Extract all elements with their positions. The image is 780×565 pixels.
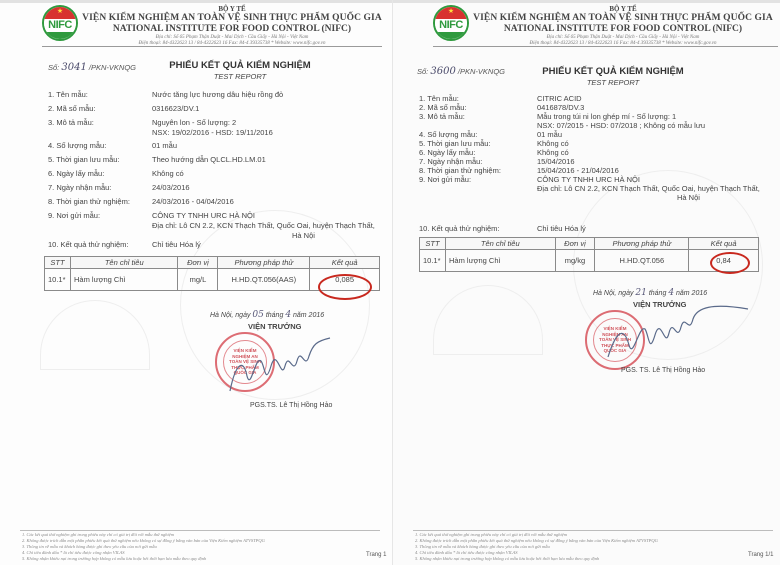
signature-date: Hà Nội, ngày 05 tháng 4 năm 2016 — [210, 310, 324, 320]
field-value: Không có — [152, 169, 184, 178]
field-value: NSX: 07/2015 - HSD: 07/2018 ; Không có m… — [537, 121, 705, 130]
field-label: 5. Thời gian lưu mẫu: — [48, 155, 120, 164]
field-label: 8. Thời gian thử nghiệm: — [48, 197, 130, 206]
field-value: Hà Nội — [677, 193, 700, 202]
field-label: 7. Ngày nhận mẫu: — [48, 183, 111, 192]
ministry-name: BỘ Y TẾ — [473, 5, 773, 13]
document-number: Số: 3041 /PKN-VKNQG — [48, 62, 136, 73]
handwritten-signature — [225, 336, 335, 396]
field-value: Địa chỉ: Lô CN 2.2, KCN Thạch Thất, Quốc… — [152, 221, 375, 230]
field-value: Nguyên lon - Số lượng: 2 — [152, 118, 236, 127]
institute-name-vn: VIỆN KIỂM NGHIỆM AN TOÀN VỆ SINH THỰC PH… — [473, 13, 773, 24]
field-label: 4. Số lượng mẫu: — [419, 130, 477, 139]
field-label: 3. Mô tả mẫu: — [48, 118, 94, 127]
field-value: Hà Nội — [292, 231, 315, 240]
report-subtitle: TEST REPORT — [150, 72, 330, 81]
field-label: 6. Ngày lấy mẫu: — [48, 169, 104, 178]
field-value: 24/03/2016 - 04/04/2016 — [152, 197, 234, 206]
watermark-arc — [40, 300, 150, 370]
field-value: CÔNG TY TNHH URC HÀ NỘI — [152, 211, 255, 220]
field-value: 01 mẫu — [152, 141, 177, 150]
header-divider — [433, 46, 778, 47]
watermark-arc — [433, 285, 543, 355]
report-title: PHIẾU KẾT QUẢ KIỂM NGHIỆM — [150, 60, 330, 71]
handwritten-number: 3600 — [430, 66, 455, 77]
field-label: 9. Nơi gửi mẫu: — [48, 211, 100, 220]
signature-date: Hà Nội, ngày 21 tháng 4 năm 2016 — [593, 288, 707, 298]
field-label: 2. Mã số mẫu: — [48, 104, 96, 113]
signer-name: PGS. TS. Lê Thị Hồng Hảo — [621, 367, 705, 374]
field-value: Chỉ tiêu Hóa lý — [152, 240, 201, 249]
signer-role: VIỆN TRƯỞNG — [248, 322, 301, 331]
table-header-row: STT Tên chỉ tiêu Đơn vị Phương pháp thử … — [420, 238, 759, 250]
page-edge — [0, 0, 392, 3]
signer-name: PGS.TS. Lê Thị Hồng Hảo — [250, 402, 332, 409]
page-number: Trang 1/1 — [748, 552, 773, 558]
letterhead: ★ NIFC BỘ Y TẾ VIỆN KIỂM NGHIỆM AN TOÀN … — [42, 5, 382, 47]
field-value: CITRIC ACID — [537, 94, 582, 103]
ministry-name: BỘ Y TẾ — [82, 5, 382, 13]
field-label: 10. Kết quả thử nghiệm: — [419, 224, 500, 233]
field-value: Theo hướng dẫn QLCL.HD.LM.01 — [152, 155, 266, 164]
field-value: Không có — [537, 148, 569, 157]
footnotes: 1. Các kết quả thử nghiệm ghi trong phiế… — [22, 532, 265, 562]
field-value: Mẫu trong túi ni lon ghép mí - Số lượng:… — [537, 112, 676, 121]
institute-name-en: NATIONAL INSTITUTE FOR FOOD CONTROL (NIF… — [473, 24, 773, 35]
field-label: 1. Tên mẫu: — [419, 94, 459, 103]
field-value: CÔNG TY TNHH URC HÀ NỘI — [537, 175, 640, 184]
handwritten-signature — [603, 305, 753, 365]
field-value: Địa chỉ: Lô CN 2.2, KCN Thạch Thất, Quốc… — [537, 184, 760, 193]
field-value: 01 mẫu — [537, 130, 562, 139]
field-label: 1. Tên mẫu: — [48, 90, 88, 99]
field-label: 7. Ngày nhận mẫu: — [419, 157, 482, 166]
field-label: 3. Mô tả mẫu: — [419, 112, 465, 121]
field-value: 24/03/2016 — [152, 183, 190, 192]
field-label: 5. Thời gian lưu mẫu: — [419, 139, 491, 148]
field-value: Chỉ tiêu Hóa lý — [537, 224, 586, 233]
field-value: Nước tăng lực hương dâu hiệu rồng đỏ — [152, 90, 283, 99]
page-edge — [393, 0, 780, 3]
highlight-circle — [318, 274, 372, 300]
field-label: 10. Kết quả thử nghiệm: — [48, 240, 129, 249]
highlight-circle — [710, 252, 750, 274]
field-value: NSX: 19/02/2016 - HSD: 19/11/2016 — [152, 128, 273, 137]
field-label: 2. Mã số mẫu: — [419, 103, 467, 112]
field-label: 8. Thời gian thử nghiệm: — [419, 166, 501, 175]
field-value: 0416878/DV.3 — [537, 103, 584, 112]
field-label: 4. Số lượng mẫu: — [48, 141, 106, 150]
footer-divider — [20, 530, 380, 531]
letterhead: ★ NIFC BỘ Y TẾ VIỆN KIỂM NGHIỆM AN TOÀN … — [433, 5, 778, 47]
footer-divider — [413, 530, 773, 531]
field-value: 15/04/2016 - 21/04/2016 — [537, 166, 619, 175]
table-row: 10.1* Hàm lượng Chì mg/kg H.HD.QT.056 0,… — [420, 250, 759, 272]
footnotes: 1. Các kết quả thử nghiệm ghi trong phiế… — [415, 532, 658, 562]
test-report-page-2: ★ NIFC BỘ Y TẾ VIỆN KIỂM NGHIỆM AN TOÀN … — [392, 0, 780, 565]
page-number: Trang 1 — [366, 552, 386, 558]
star-icon: ★ — [435, 8, 467, 16]
field-label: 6. Ngày lấy mẫu: — [419, 148, 475, 157]
document-number: Số: 3600 /PKN-VKNQG — [417, 66, 505, 77]
report-subtitle: TEST REPORT — [523, 78, 703, 87]
nifc-logo: ★ NIFC — [433, 5, 469, 41]
field-label: 9. Nơi gửi mẫu: — [419, 175, 471, 184]
nifc-logo: ★ NIFC — [42, 5, 78, 41]
star-icon: ★ — [44, 8, 76, 16]
institute-name-en: NATIONAL INSTITUTE FOR FOOD CONTROL (NIF… — [82, 24, 382, 35]
field-value: Không có — [537, 139, 569, 148]
table-header-row: STT Tên chỉ tiêu Đơn vị Phương pháp thử … — [45, 257, 380, 269]
institute-name-vn: VIỆN KIỂM NGHIỆM AN TOÀN VỆ SINH THỰC PH… — [82, 13, 382, 24]
field-value: 0316623/DV.1 — [152, 104, 199, 113]
report-title: PHIẾU KẾT QUẢ KIỂM NGHIỆM — [523, 66, 703, 77]
results-table: STT Tên chỉ tiêu Đơn vị Phương pháp thử … — [419, 237, 759, 272]
header-divider — [42, 46, 382, 47]
field-value: 15/04/2016 — [537, 157, 575, 166]
test-report-page-1: ★ NIFC BỘ Y TẾ VIỆN KIỂM NGHIỆM AN TOÀN … — [0, 0, 392, 565]
handwritten-number: 3041 — [61, 62, 86, 73]
